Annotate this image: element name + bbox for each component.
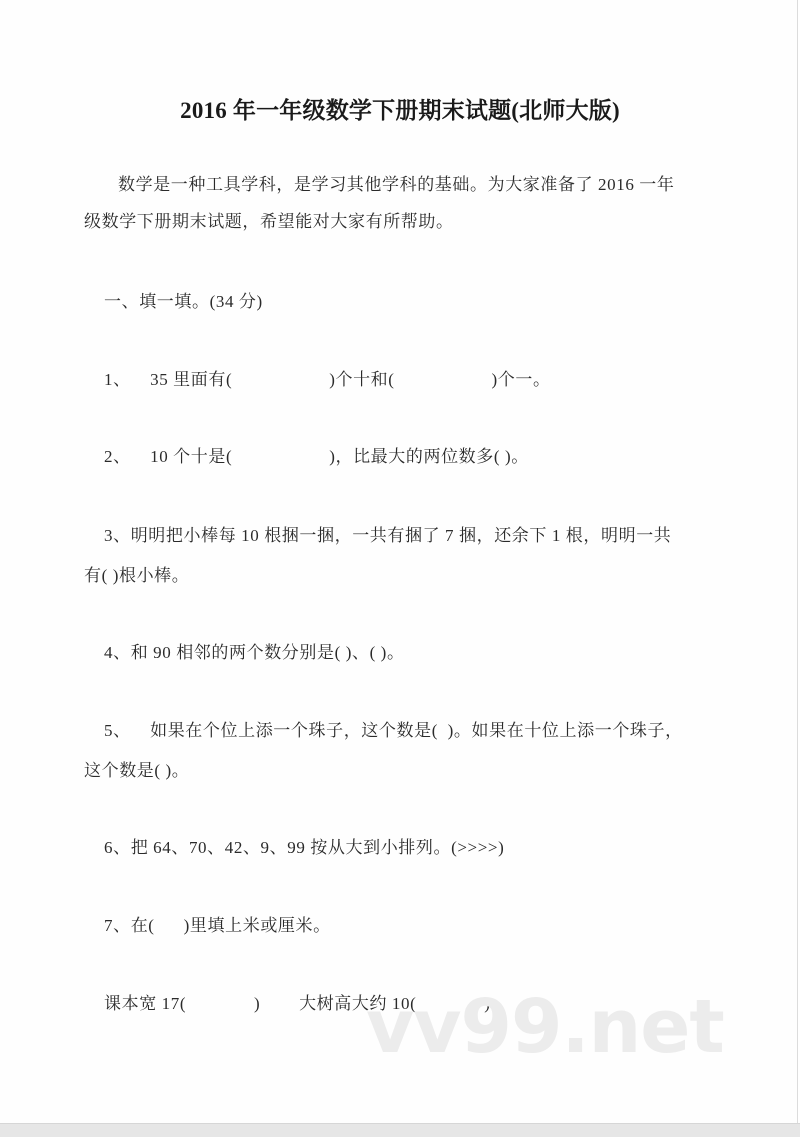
question-7-line-1: 7、在( )里填上米或厘米。	[104, 911, 331, 936]
question-5-line-1: 5、 如果在个位上添一个珠子，这个数是( )。如果在十位上添一个珠子，	[104, 716, 683, 741]
question-4: 4、和 90 相邻的两个数分别是( )、( )。	[104, 638, 405, 663]
intro-line-2: 级数学下册期末试题，希望能对大家有所帮助。	[84, 207, 454, 232]
question-5-line-2: 这个数是( )。	[84, 756, 189, 781]
question-2: 2、 10 个十是( )，比最大的两位数多( )。	[104, 442, 529, 467]
question-6: 6、把 64、70、42、9、99 按从大到小排列。(>>>>)	[104, 833, 504, 858]
question-3-line-1: 3、明明把小棒每 10 根捆一捆，一共有捆了 7 捆，还余下 1 根，明明一共	[104, 521, 671, 546]
document-title: 2016 年一年级数学下册期末试题(北师大版)	[0, 92, 800, 125]
document-page: 2016 年一年级数学下册期末试题(北师大版) 数学是一种工具学科，是学习其他学…	[0, 0, 798, 1123]
watermark: vv99.net	[366, 990, 724, 1064]
question-1: 1、 35 里面有( )个十和( )个一。	[104, 365, 551, 390]
intro-line-1: 数学是一种工具学科，是学习其他学科的基础。为大家准备了 2016 一年	[118, 170, 675, 195]
section-heading: 一、填一填。(34 分)	[104, 287, 263, 312]
question-3-line-2: 有( )根小棒。	[84, 561, 189, 586]
bottom-scroll-strip	[0, 1123, 800, 1137]
